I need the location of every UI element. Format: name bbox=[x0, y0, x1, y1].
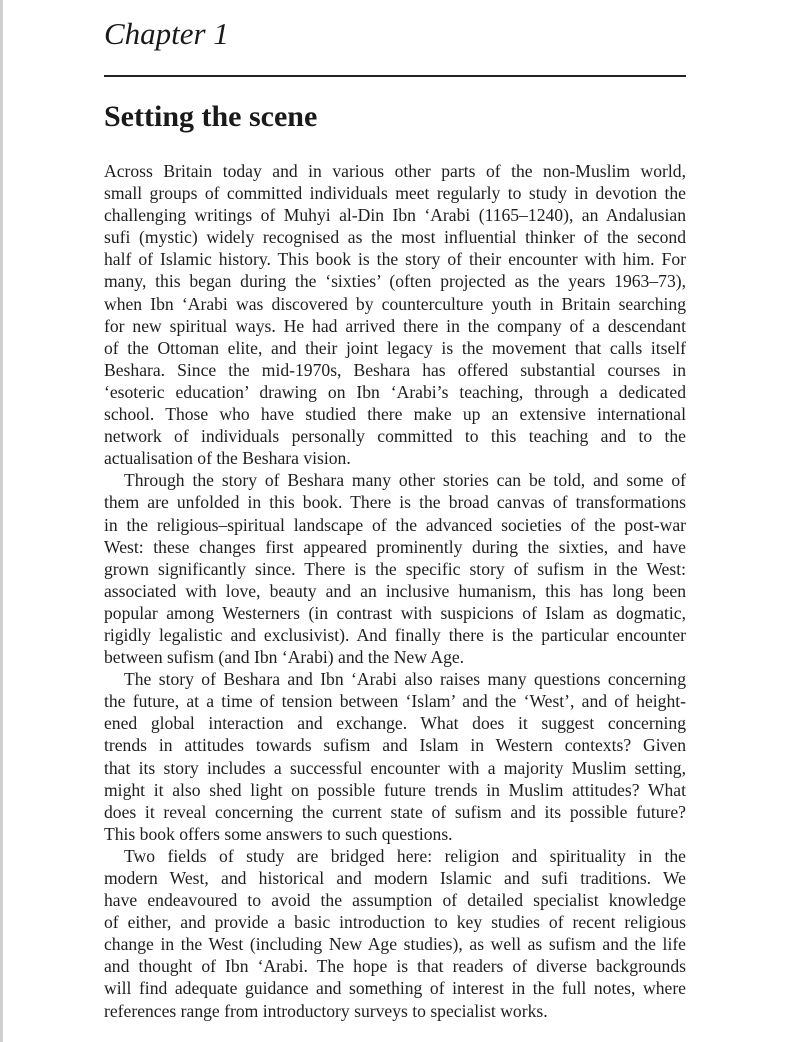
text-line: the future, at a time of tension between… bbox=[104, 690, 686, 712]
text-line: network of individuals personally commit… bbox=[104, 425, 686, 447]
text-line: that its story includes a successful enc… bbox=[104, 757, 686, 779]
text-line: will find adequate guidance and somethin… bbox=[104, 977, 686, 999]
text-line: West: these changes first appeared promi… bbox=[104, 536, 686, 558]
text-line: in the religious–spiritual landscape of … bbox=[104, 514, 686, 536]
text-line: This book offers some answers to such qu… bbox=[104, 823, 686, 845]
text-line: might it also shed light on possible fut… bbox=[104, 779, 686, 801]
text-line: Through the story of Beshara many other … bbox=[104, 469, 686, 491]
text-line: half of Islamic history. This book is th… bbox=[104, 248, 686, 270]
text-line: have endeavoured to avoid the assumption… bbox=[104, 889, 686, 911]
text-line: of either, and provide a basic introduct… bbox=[104, 911, 686, 933]
text-line: when Ibn ‘Arabi was discovered by counte… bbox=[104, 293, 686, 315]
text-line: references range from introductory surve… bbox=[104, 1000, 686, 1022]
text-line: does it reveal concerning the current st… bbox=[104, 801, 686, 823]
body-text: Across Britain today and in various othe… bbox=[104, 160, 686, 1022]
text-line: actualisation of the Beshara vision. bbox=[104, 447, 686, 469]
text-line: change in the West (including New Age st… bbox=[104, 933, 686, 955]
text-line: trends in attitudes towards sufism and I… bbox=[104, 734, 686, 756]
text-line: sufi (mystic) widely recognised as the m… bbox=[104, 226, 686, 248]
paragraph: Across Britain today and in various othe… bbox=[104, 160, 686, 469]
text-line: school. Those who have studied there mak… bbox=[104, 403, 686, 425]
text-line: grown significantly since. There is the … bbox=[104, 558, 686, 580]
text-line: and thought of Ibn ‘Arabi. The hope is t… bbox=[104, 955, 686, 977]
paragraph: Through the story of Beshara many other … bbox=[104, 469, 686, 668]
text-line: many, this began during the ‘sixties’ (o… bbox=[104, 270, 686, 292]
chapter-divider-rule bbox=[104, 75, 686, 77]
page-left-border bbox=[0, 0, 3, 1042]
text-line: ‘esoteric education’ drawing on Ibn ‘Ara… bbox=[104, 381, 686, 403]
text-line: modern West, and historical and modern I… bbox=[104, 867, 686, 889]
text-line: Beshara. Since the mid-1970s, Beshara ha… bbox=[104, 359, 686, 381]
section-title: Setting the scene bbox=[104, 96, 317, 138]
text-line: of the Ottoman elite, and their joint le… bbox=[104, 337, 686, 359]
text-line: Across Britain today and in various othe… bbox=[104, 160, 686, 182]
text-line: them are unfolded in this book. There is… bbox=[104, 491, 686, 513]
text-line: rigidly legalistic and exclusivist). And… bbox=[104, 624, 686, 646]
text-line: small groups of committed individuals me… bbox=[104, 182, 686, 204]
text-line: Two fields of study are bridged here: re… bbox=[104, 845, 686, 867]
paragraph: Two fields of study are bridged here: re… bbox=[104, 845, 686, 1022]
text-line: associated with love, beauty and an incl… bbox=[104, 580, 686, 602]
text-line: popular among Westerners (in contrast wi… bbox=[104, 602, 686, 624]
chapter-label: Chapter 1 bbox=[104, 14, 229, 54]
text-line: The story of Beshara and Ibn ‘Arabi also… bbox=[104, 668, 686, 690]
paragraph: The story of Beshara and Ibn ‘Arabi also… bbox=[104, 668, 686, 845]
text-line: between sufism (and Ibn ‘Arabi) and the … bbox=[104, 646, 686, 668]
text-line: for new spiritual ways. He had arrived t… bbox=[104, 315, 686, 337]
text-line: ened global interaction and exchange. Wh… bbox=[104, 712, 686, 734]
text-line: challenging writings of Muhyi al-Din Ibn… bbox=[104, 204, 686, 226]
